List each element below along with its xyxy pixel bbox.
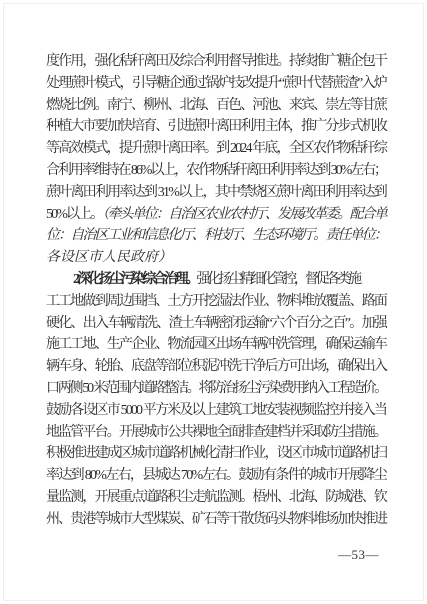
text-line: 辆车身、轮胎、底盘等部位积泥冲洗干净后方可出场，确保出入: [46, 356, 386, 378]
text-line: 施工工地、生产企业、物流园区出场车辆冲洗管理，确保运输车: [46, 334, 386, 356]
text-segment: 硬化、出入车辆清洗、渣土车辆密闭运输“六个百分之百”。加强: [46, 316, 386, 331]
text-segment: 辆车身、轮胎、底盘等部位积泥冲洗干净后方可出场，确保出入: [46, 359, 386, 374]
text-segment: 强化扬尘精细化管控，督促各类施: [196, 272, 359, 287]
text-line-content: 等高效模式，提升蔗叶离田率。到 2024 年底，全区农作物秸秆综: [46, 138, 386, 160]
text-line-content: 量监测，开展重点道路积尘走航监测。梧州、北海、防城港、钦: [46, 487, 386, 509]
text-segment: 工工地做到周边围挡、土方开挖湿法作业、物料堆放覆盖、路面: [46, 294, 386, 309]
text-segment: 度作用，强化秸秆离田及综合利用督导推进。持续推广糖企包干: [46, 54, 386, 69]
text-line: 位：自治区工业和信息化厅、科技厅、生态环境厅。责任单位：: [46, 225, 386, 247]
text-line: 合利用率维持在 86%以上，农作物秸秆离田利用率达到 30%左右；: [46, 160, 386, 182]
text-line: 地监管平台。开展城市公共裸地全面排查建档并采取防尘措施。: [46, 422, 386, 444]
page-number: —53—: [338, 547, 379, 563]
text-line: 各设区市人民政府）: [46, 247, 386, 269]
text-line-content: 工工地做到周边围挡、土方开挖湿法作业、物料堆放覆盖、路面: [46, 291, 386, 313]
text-line: 度作用，强化秸秆离田及综合利用督导推进。持续推广糖企包干: [46, 51, 386, 73]
text-segment: 等高效模式，提升蔗叶离田率。到 2024 年底，全区农作物秸秆综: [46, 141, 386, 156]
text-line-content: 鼓励各设区市 5000 平方米及以上建筑工地安装视频监控并接入当: [46, 400, 386, 422]
text-line: 2.深化扬尘污染综合治理。强化扬尘精细化管控，督促各类施: [46, 269, 386, 291]
text-line-content: 燃烧比例。南宁、柳州、北海、百色、河池、来宾、崇左等甘蔗: [46, 95, 386, 117]
text-line-content: 口两侧 50 米范围内道路整洁。将防治扬尘污染费用纳入工程造价。: [46, 378, 386, 400]
text-segment: 各设区市人民政府）: [46, 250, 172, 265]
text-segment: 位：自治区工业和信息化厅、科技厅、生态环境厅。责任单位：: [46, 228, 386, 243]
text-line: 口两侧 50 米范围内道路整洁。将防治扬尘污染费用纳入工程造价。: [46, 378, 386, 400]
text-line-content: 种植大市要加快培育、引进蔗叶离田利用主体，推广分步式机收: [46, 116, 386, 138]
text-segment: 量监测，开展重点道路积尘走航监测。梧州、北海、防城港、钦: [46, 490, 386, 505]
text-block: 度作用，强化秸秆离田及综合利用督导推进。持续推广糖企包干处理蔗叶模式，引导糖企通…: [46, 51, 386, 531]
text-line-content: 位：自治区工业和信息化厅、科技厅、生态环境厅。责任单位：: [46, 225, 386, 247]
text-line: 燃烧比例。南宁、柳州、北海、百色、河池、来宾、崇左等甘蔗: [46, 95, 386, 117]
text-line-content: 50%以上。（牵头单位：自治区农业农村厅、发展改革委。配合单: [46, 204, 386, 226]
text-segment: 口两侧 50 米范围内道路整洁。将防治扬尘污染费用纳入工程造价。: [46, 381, 386, 396]
document-page: 度作用，强化秸秆离田及综合利用督导推进。持续推广糖企包干处理蔗叶模式，引导糖企通…: [0, 0, 427, 604]
text-line: 工工地做到周边围挡、土方开挖湿法作业、物料堆放覆盖、路面: [46, 291, 386, 313]
text-segment: 率达到 80%左右，县城达 70%左右。鼓励有条件的城市开展降尘: [46, 468, 386, 483]
text-line-content: 地监管平台。开展城市公共裸地全面排查建档并采取防尘措施。: [46, 422, 386, 444]
text-line-content: 处理蔗叶模式，引导糖企通过锅炉技改提升“蔗叶代替蔗渣”入炉: [46, 73, 386, 95]
text-line-content: 2.深化扬尘污染综合治理。强化扬尘精细化管控，督促各类施: [46, 269, 359, 291]
text-segment: 蔗叶离田利用率达到 31%以上，其中禁烧区蔗叶离田利用率达到: [46, 185, 386, 200]
text-line: 硬化、出入车辆清洗、渣土车辆密闭运输“六个百分之百”。加强: [46, 313, 386, 335]
text-line: 积极推进建成区城市道路机械化清扫作业，设区市城市道路机扫: [46, 443, 386, 465]
text-line-content: 率达到 80%左右，县城达 70%左右。鼓励有条件的城市开展降尘: [46, 465, 386, 487]
text-line-content: 度作用，强化秸秆离田及综合利用督导推进。持续推广糖企包干: [46, 51, 386, 73]
text-segment: 积极推进建成区城市道路机械化清扫作业，设区市城市道路机扫: [46, 446, 386, 461]
text-line-content: 州、贵港等城市大型煤炭、矿石等干散货码头物料堆场加快推进: [46, 509, 386, 531]
text-segment: 地监管平台。开展城市公共裸地全面排查建档并采取防尘措施。: [46, 425, 386, 440]
text-segment: 鼓励各设区市 5000 平方米及以上建筑工地安装视频监控并接入当: [46, 403, 386, 418]
text-segment: 合利用率维持在 86%以上，农作物秸秆离田利用率达到 30%左右；: [46, 163, 386, 178]
text-line-content: 辆车身、轮胎、底盘等部位积泥冲洗干净后方可出场，确保出入: [46, 356, 386, 378]
text-segment: 燃烧比例。南宁、柳州、北海、百色、河池、来宾、崇左等甘蔗: [46, 98, 386, 113]
text-line-content: 施工工地、生产企业、物流园区出场车辆冲洗管理，确保运输车: [46, 334, 386, 356]
text-line: 等高效模式，提升蔗叶离田率。到 2024 年底，全区农作物秸秆综: [46, 138, 386, 160]
text-line-content: 硬化、出入车辆清洗、渣土车辆密闭运输“六个百分之百”。加强: [46, 313, 386, 335]
text-line: 50%以上。（牵头单位：自治区农业农村厅、发展改革委。配合单: [46, 204, 386, 226]
text-line: 处理蔗叶模式，引导糖企通过锅炉技改提升“蔗叶代替蔗渣”入炉: [46, 73, 386, 95]
text-segment: 州、贵港等城市大型煤炭、矿石等干散货码头物料堆场加快推进: [46, 512, 386, 527]
text-line: 蔗叶离田利用率达到 31%以上，其中禁烧区蔗叶离田利用率达到: [46, 182, 386, 204]
text-segment: （牵头单位：自治区农业农村厅、发展改革委。配合单: [102, 207, 386, 222]
text-line: 州、贵港等城市大型煤炭、矿石等干散货码头物料堆场加快推进: [46, 509, 386, 531]
text-line: 量监测，开展重点道路积尘走航监测。梧州、北海、防城港、钦: [46, 487, 386, 509]
text-segment: 施工工地、生产企业、物流园区出场车辆冲洗管理，确保运输车: [46, 337, 386, 352]
text-segment: 种植大市要加快培育、引进蔗叶离田利用主体，推广分步式机收: [46, 119, 386, 134]
text-line-content: 合利用率维持在 86%以上，农作物秸秆离田利用率达到 30%左右；: [46, 160, 386, 182]
text-line: 率达到 80%左右，县城达 70%左右。鼓励有条件的城市开展降尘: [46, 465, 386, 487]
text-line: 鼓励各设区市 5000 平方米及以上建筑工地安装视频监控并接入当: [46, 400, 386, 422]
text-line-content: 蔗叶离田利用率达到 31%以上，其中禁烧区蔗叶离田利用率达到: [46, 182, 386, 204]
text-segment: 处理蔗叶模式，引导糖企通过锅炉技改提升“蔗叶代替蔗渣”入炉: [46, 76, 386, 91]
paragraph-number-heading: 2.深化扬尘污染综合治理。: [73, 272, 196, 287]
text-line-content: 各设区市人民政府）: [46, 247, 172, 269]
text-line-content: 积极推进建成区城市道路机械化清扫作业，设区市城市道路机扫: [46, 443, 386, 465]
text-segment: 50%以上。: [46, 207, 102, 222]
text-line: 种植大市要加快培育、引进蔗叶离田利用主体，推广分步式机收: [46, 116, 386, 138]
